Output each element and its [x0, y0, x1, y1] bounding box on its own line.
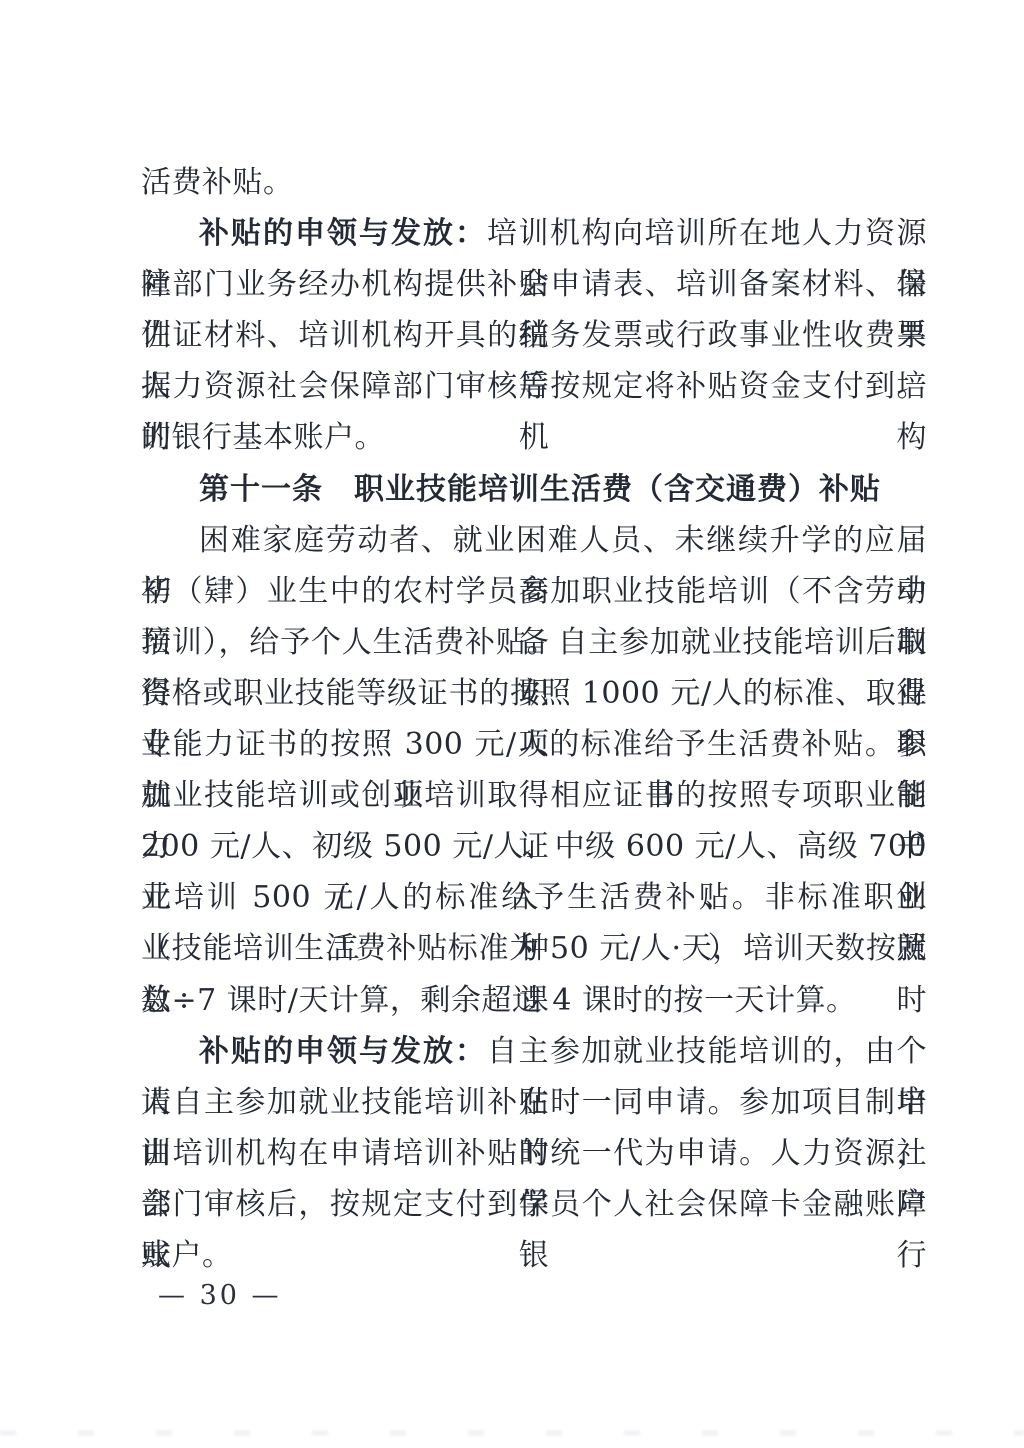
text-line: 人力资源社会保障部门审核后按规定将补贴资金支付到培训机构 — [141, 361, 927, 412]
text-run: 数÷7 课时/天计算，剩余超过 4 课时的按一天计算。 — [141, 983, 857, 1018]
text-line: 毕（肄）业生中的农村学员参加职业技能培训（不含劳动预备制 — [141, 566, 927, 617]
text-line: 补贴的申领与发放：自主参加就业技能培训的，由个人在申 — [141, 1026, 927, 1077]
text-line: 请自主参加就业技能培训补贴时一同申请。参加项目制培训的， — [141, 1077, 927, 1128]
text-run: 账户。 — [141, 1238, 233, 1273]
text-line: 由培训机构在申请培训补贴时统一代为申请。人力资源社会保障 — [141, 1128, 927, 1179]
text-line: 佐证材料、培训机构开具的税务发票或行政事业性收费票据等。 — [141, 310, 927, 361]
document-body: 活费补贴。补贴的申领与发放：培训机构向培训所在地人力资源社会保障部门业务经办机构… — [141, 157, 927, 1281]
bold-text-run: 补贴的申领与发放： — [199, 1034, 487, 1069]
text-line: 补贴的申领与发放：培训机构向培训所在地人力资源社会保 — [141, 208, 927, 259]
text-line: 第十一条 职业技能培训生活费（含交通费）补贴 — [141, 464, 927, 515]
bold-text-run: 补贴的申领与发放： — [199, 216, 487, 251]
document-page: 活费补贴。补贴的申领与发放：培训机构向培训所在地人力资源社会保障部门业务经办机构… — [0, 0, 1024, 1448]
text-line: 困难家庭劳动者、就业困难人员、未继续升学的应届初高中 — [141, 515, 927, 566]
text-line: 数÷7 课时/天计算，剩余超过 4 课时的按一天计算。 — [141, 975, 927, 1026]
text-line: 业能力证书的按照 300 元/人的标准给予生活费补贴。参加项目制 — [141, 719, 927, 770]
text-line: 业技能培训生活费补贴标准为 50 元/人·天，培训天数按照总课时 — [141, 923, 927, 974]
text-line: 部门审核后，按规定支付到学员个人社会保障卡金融账户或银行 — [141, 1179, 927, 1230]
text-line: 资格或职业技能等级证书的按照 1000 元/人的标准、取得专项职 — [141, 668, 927, 719]
text-line: 培训），给予个人生活费补贴。自主参加就业技能培训后取得职业 — [141, 617, 927, 668]
text-run: 部门审核后，按规定支付到学员个人社会保障卡金融账户或银行 — [141, 1187, 927, 1273]
bold-text-run: 第十一条 职业技能培训生活费（含交通费）补贴 — [199, 472, 881, 507]
text-line: 障部门业务经办机构提供补贴申请表、培训备案材料、培训结果 — [141, 259, 927, 310]
text-line: 就业技能培训或创业培训取得相应证书的按照专项职业能力证书 — [141, 770, 927, 821]
text-run: 的银行基本账户。 — [141, 420, 385, 455]
text-line: 业培训 500 元/人的标准给予生活费补贴。非标准职业（工种）就 — [141, 872, 927, 923]
text-line: 活费补贴。 — [141, 157, 927, 208]
scan-artifact-line — [0, 1430, 1024, 1436]
text-line: 200 元/人、初级 500 元/人、中级 600 元/人、高级 700 元/人… — [141, 821, 927, 872]
page-number: — 30 — — [158, 1280, 282, 1311]
text-run: 活费补贴。 — [141, 165, 294, 200]
